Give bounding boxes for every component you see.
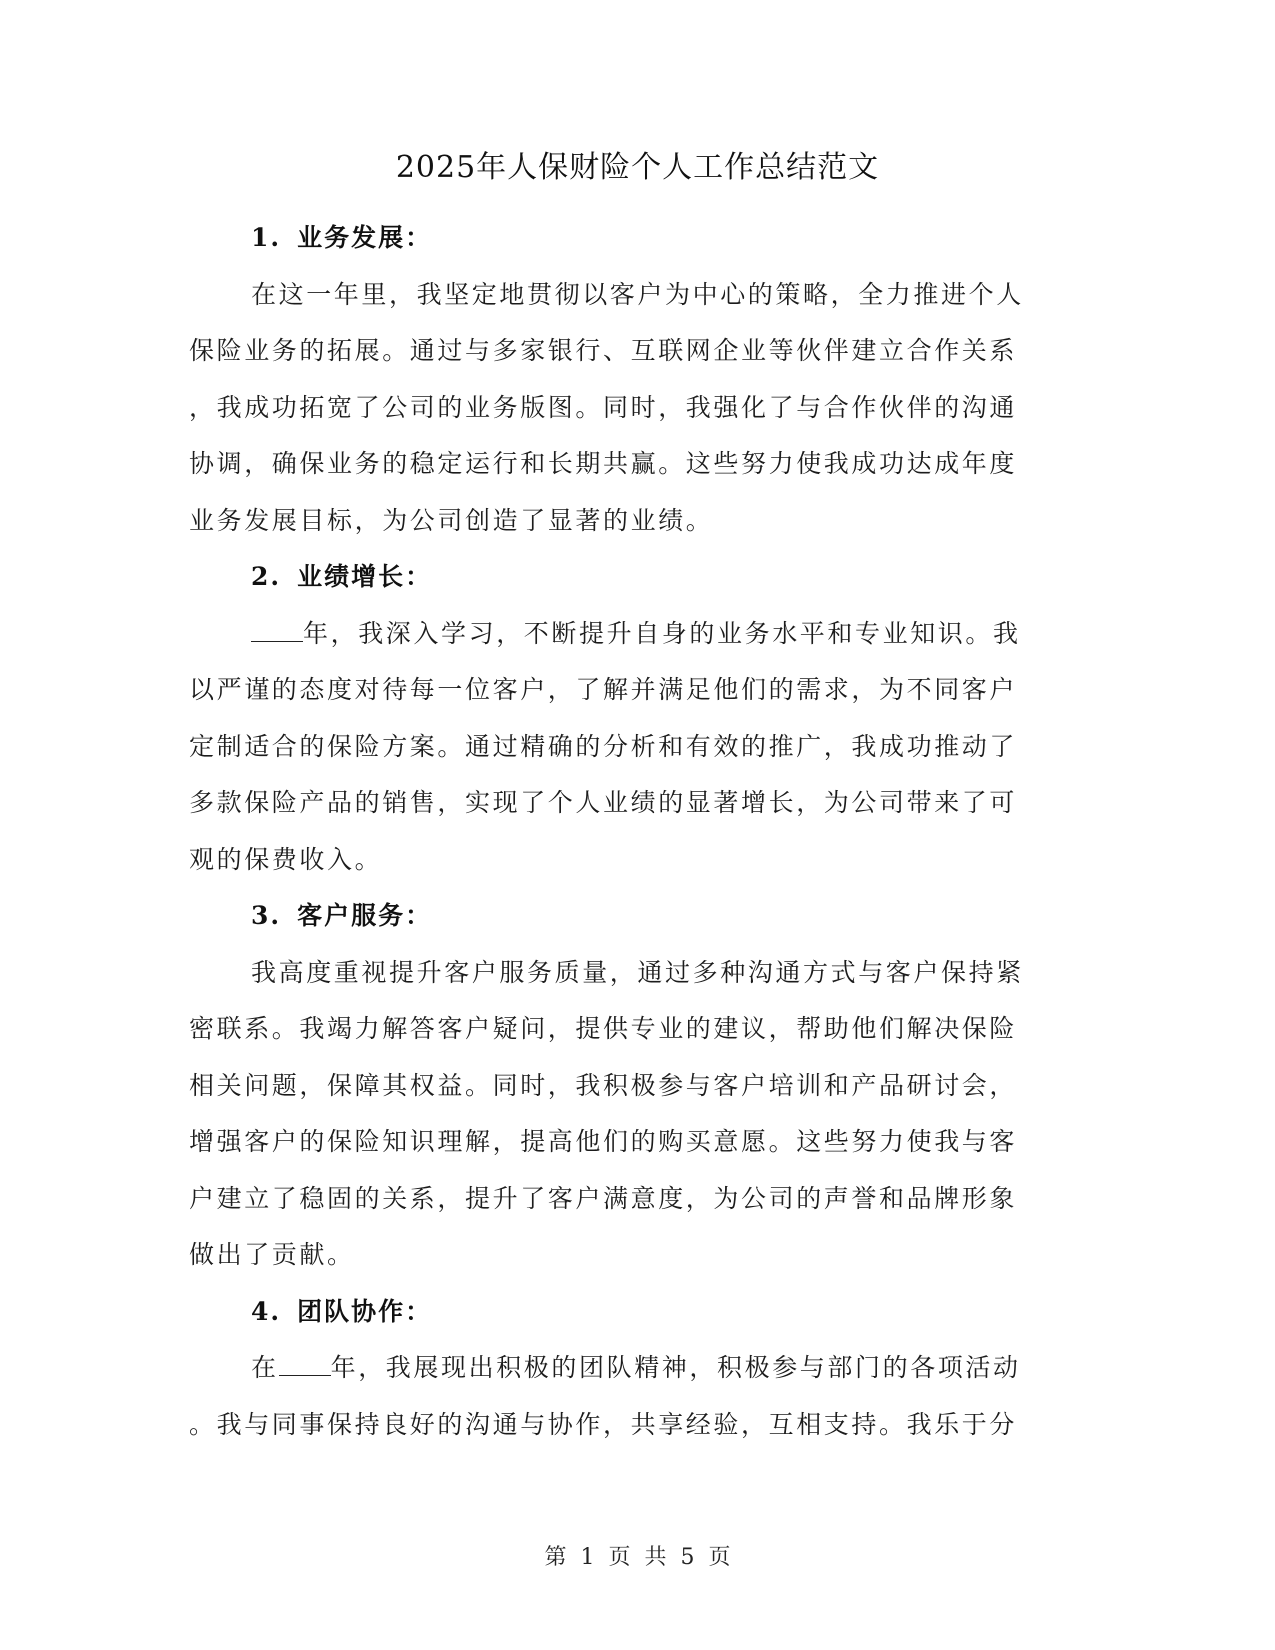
paragraph-line: 户建立了稳固的关系，提升了客户满意度，为公司的声誉和品牌形象 [189,1171,1059,1228]
paragraph-line: 保险业务的拓展。通过与多家银行、互联网企业等伙伴建立合作关系 [189,323,1059,380]
year-blank-field[interactable] [251,619,303,642]
total-pages-number: 5 [681,1545,695,1570]
page-label: 页 [608,1545,630,1570]
page-footer: 第1页共5页 [0,1543,1275,1573]
year-blank-field[interactable] [279,1353,331,1376]
paragraph-text: 年，我展现出积极的团队精神，积极参与部门的各项活动 [331,1353,1021,1382]
total-prefix: 共 [645,1545,667,1570]
total-label: 页 [709,1545,731,1570]
paragraph-line: 密联系。我竭力解答客户疑问，提供专业的建议，帮助他们解决保险 [189,1001,1059,1058]
section-heading-text: 业务发展： [297,223,432,252]
section-number: 3. [251,888,281,945]
current-page-number: 1 [580,1545,594,1570]
document-title: 2025年人保财险个人工作总结范文 [0,148,1275,188]
paragraph-line: 做出了贡献。 [189,1227,1059,1284]
paragraph-line: 以严谨的态度对待每一位客户，了解并满足他们的需求，为不同客户 [189,662,1059,719]
section-heading-business-development: 1.业务发展： [189,210,1059,267]
section-heading-teamwork: 4.团队协作： [189,1284,1059,1341]
section-heading-text: 客户服务： [297,901,432,930]
paragraph-line: 在这一年里，我坚定地贯彻以客户为中心的策略，全力推进个人 [189,267,1059,324]
paragraph-text: 年，我深入学习，不断提升自身的业务水平和专业知识。我 [303,619,1021,648]
paragraph-line: ，我成功拓宽了公司的业务版图。同时，我强化了与合作伙伴的沟通 [189,380,1059,437]
paragraph-line: 业务发展目标，为公司创造了显著的业绩。 [189,493,1059,550]
paragraph-text: 在 [251,1353,279,1382]
section-number: 2. [251,549,281,606]
paragraph-line: 。我与同事保持良好的沟通与协作，共享经验，互相支持。我乐于分 [189,1397,1059,1454]
paragraph-line: 在年，我展现出积极的团队精神，积极参与部门的各项活动 [189,1340,1059,1397]
paragraph-line: 观的保费收入。 [189,832,1059,889]
paragraph-line: 增强客户的保险知识理解，提高他们的购买意愿。这些努力使我与客 [189,1114,1059,1171]
section-number: 4. [251,1284,281,1341]
paragraph-line: 定制适合的保险方案。通过精确的分析和有效的推广，我成功推动了 [189,719,1059,776]
section-number: 1. [251,210,281,267]
document-body: 1.业务发展： 在这一年里，我坚定地贯彻以客户为中心的策略，全力推进个人 保险业… [189,210,1059,1453]
paragraph-line: 年，我深入学习，不断提升自身的业务水平和专业知识。我 [189,606,1059,663]
section-heading-customer-service: 3.客户服务： [189,888,1059,945]
section-heading-text: 业绩增长： [297,562,432,591]
paragraph-line: 协调，确保业务的稳定运行和长期共赢。这些努力使我成功达成年度 [189,436,1059,493]
paragraph-line: 多款保险产品的销售，实现了个人业绩的显著增长，为公司带来了可 [189,775,1059,832]
document-page: 2025年人保财险个人工作总结范文 1.业务发展： 在这一年里，我坚定地贯彻以客… [0,0,1275,1650]
paragraph-line: 我高度重视提升客户服务质量，通过多种沟通方式与客户保持紧 [189,945,1059,1002]
paragraph-line: 相关问题，保障其权益。同时，我积极参与客户培训和产品研讨会， [189,1058,1059,1115]
section-heading-performance-growth: 2.业绩增长： [189,549,1059,606]
section-heading-text: 团队协作： [297,1297,432,1326]
page-prefix: 第 [544,1545,566,1570]
